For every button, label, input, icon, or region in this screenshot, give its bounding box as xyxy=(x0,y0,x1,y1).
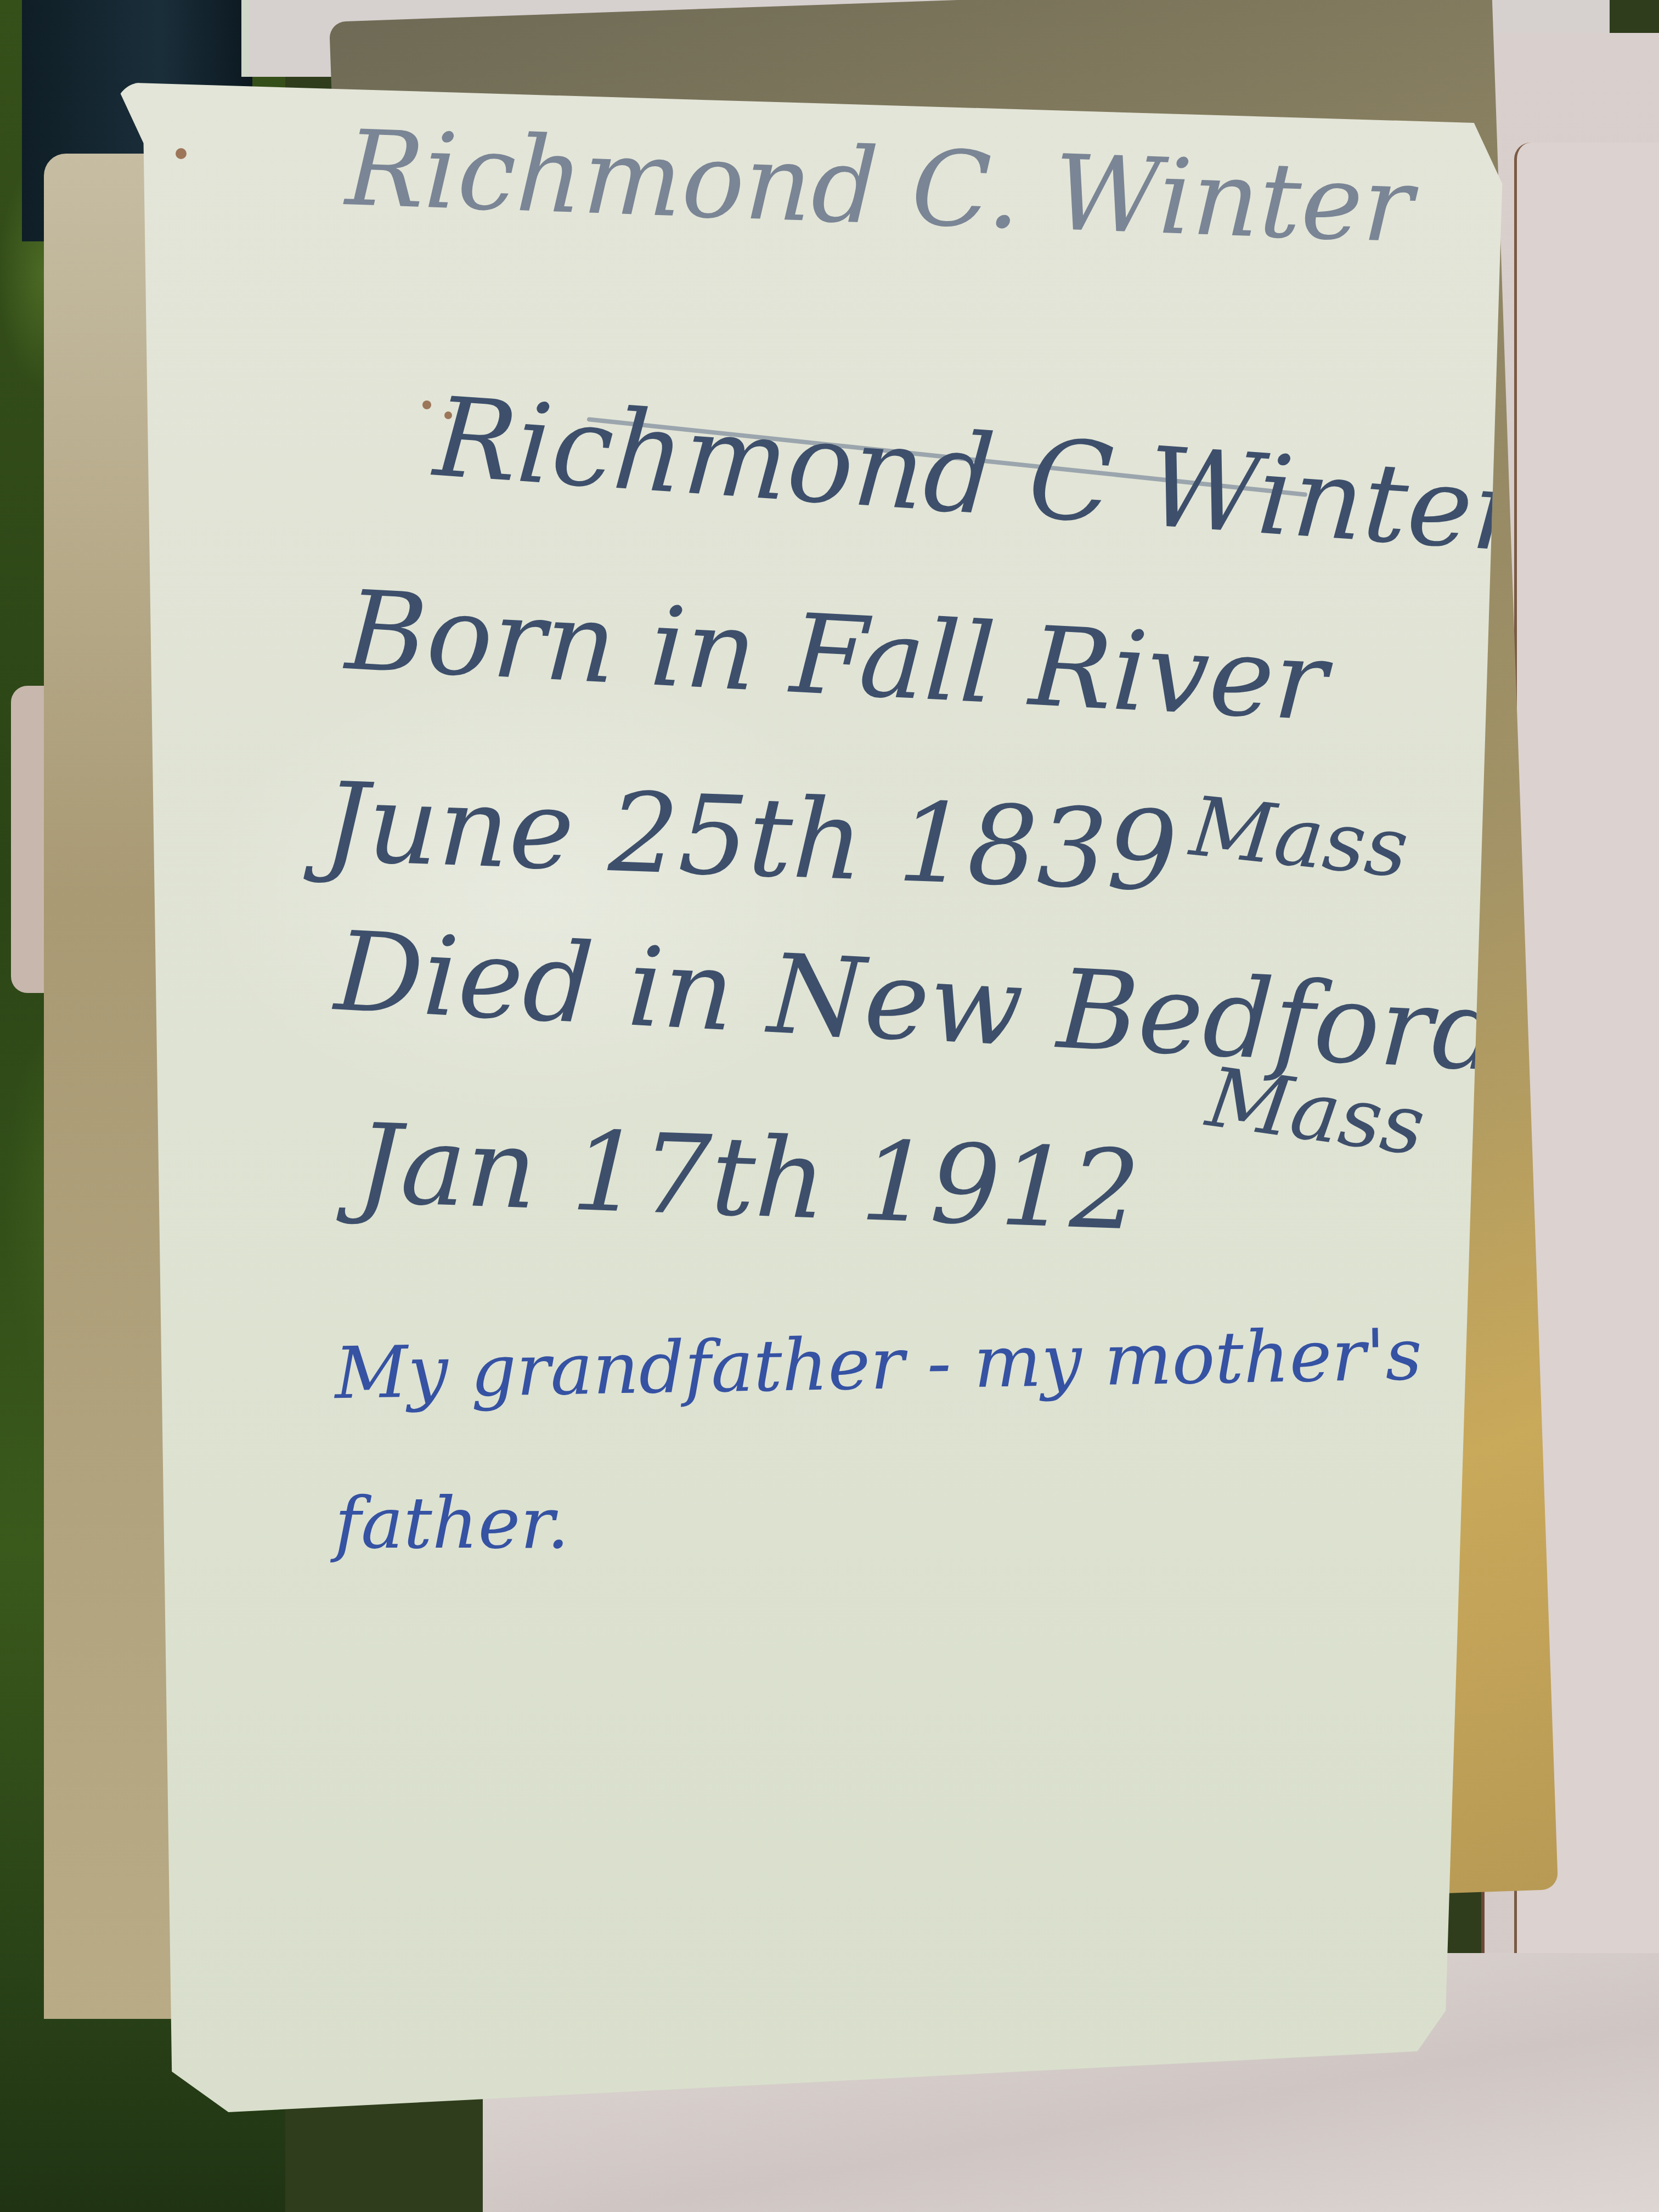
note-line-1: My grandfather - my mother's xyxy=(334,1313,1423,1415)
birth-state: Mass xyxy=(1186,779,1413,897)
death-date-line: Jan 17th 1912 xyxy=(354,1100,1142,1255)
cabinet-card-back: Richmond C. Winter Richmond C Winter Bor… xyxy=(115,82,1531,2112)
name-line: Richmond C Winter xyxy=(430,374,1529,577)
birth-date-line: June 25th 1839 xyxy=(321,759,1179,916)
note-line-2: father. xyxy=(335,1481,569,1565)
foxing-spot xyxy=(176,148,187,159)
foxing-spot xyxy=(422,400,431,409)
pencil-heading: Richmond C. Winter xyxy=(344,108,1415,266)
birthplace-line: Born in Fall River xyxy=(343,567,1330,746)
